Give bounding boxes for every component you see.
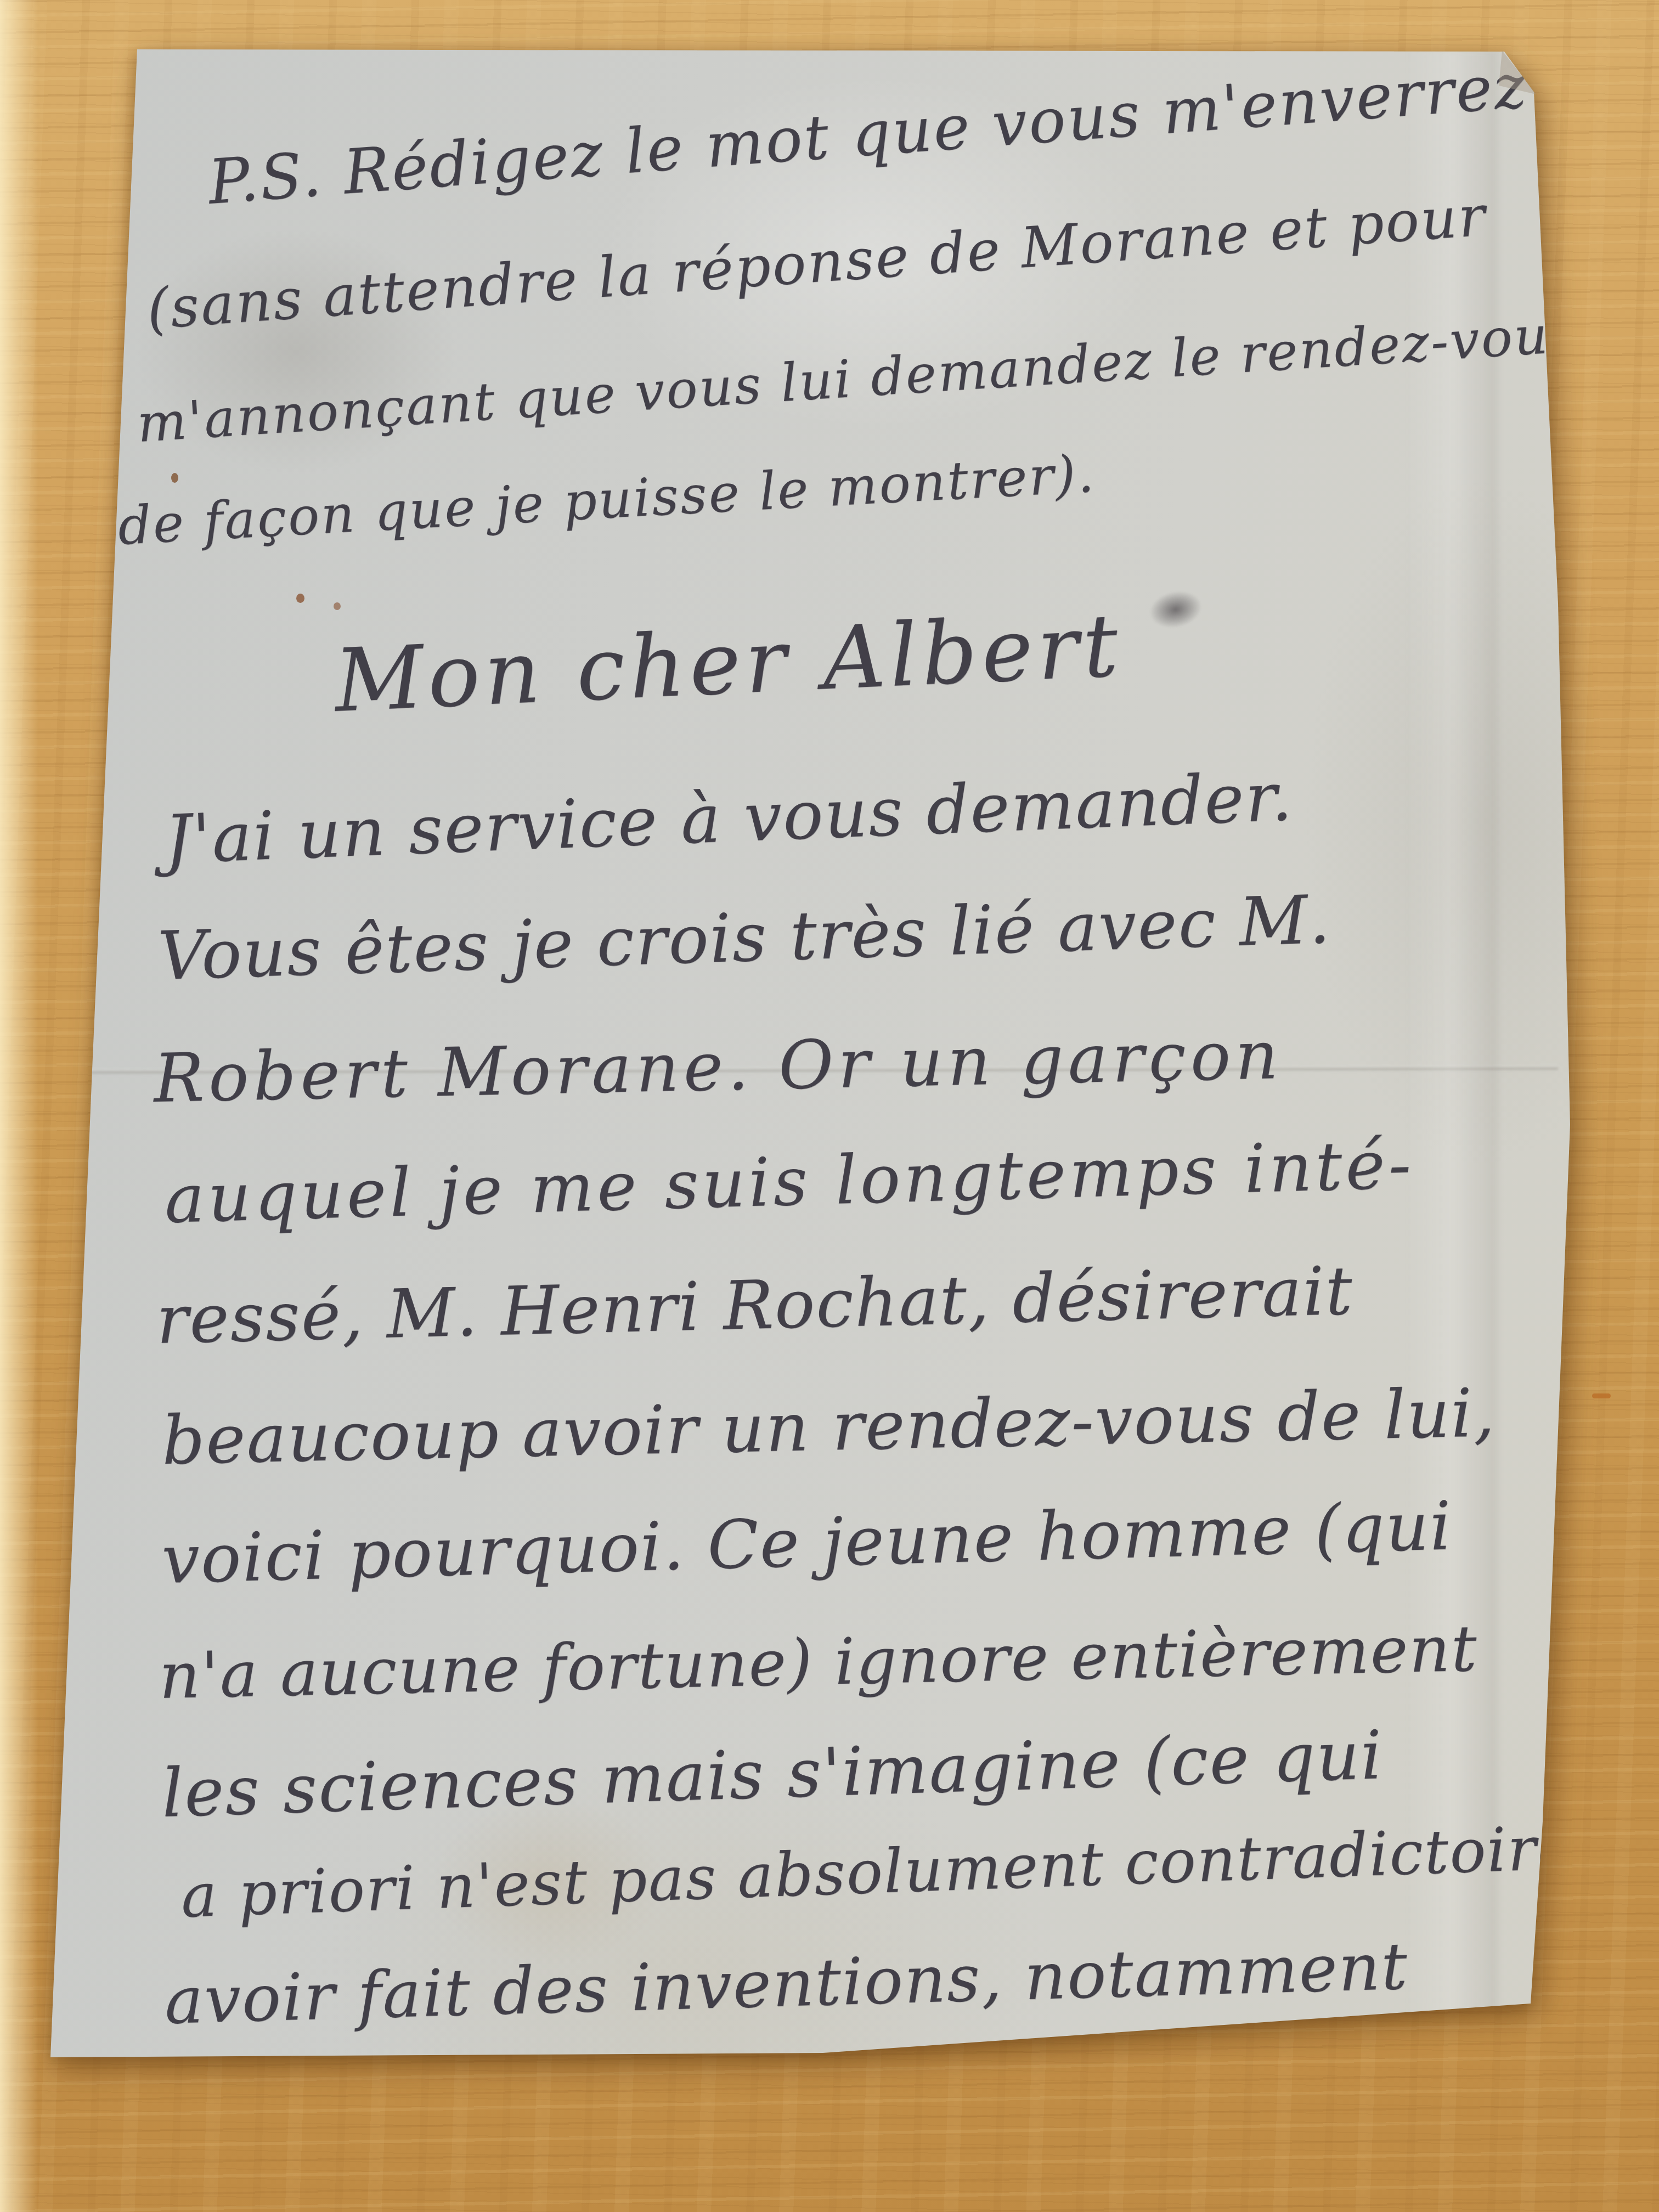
body-line-8: n'a aucune fortune) ignore entièrement [159,1612,1479,1713]
body-line-1: J'ai un service à vous demander. [163,758,1294,879]
ps-line-4: de façon que je puisse le montrer). [116,444,1097,557]
body-line-9: les sciences mais s'imagine (ce qui [161,1716,1384,1832]
letter-paper-wrap: P.S. Rédigez le mot que vous m'enverrez … [0,0,1659,2212]
body-line-6: beaucoup avoir un rendez-vous de lui, [161,1374,1497,1480]
body-line-11: avoir fait des inventions, notamment [163,1928,1409,2039]
ps-line-1: P.S. Rédigez le mot que vous m'enverrez [206,50,1530,218]
salutation-line: Mon cher Albert [332,595,1125,732]
body-line-7: voici pourquoi. Ce jeune homme (qui [161,1487,1453,1599]
paper-speck [296,594,304,603]
body-line-10: a priori n'est pas absolument contradict… [180,1812,1600,1931]
body-line-5: ressé, M. Henri Rochat, désirerait [155,1252,1354,1359]
body-line-3: Robert Morane. Or un garçon [153,1016,1284,1118]
photo-scene: P.S. Rédigez le mot que vous m'enverrez … [0,0,1659,2212]
wood-speck [1592,1393,1611,1398]
ink-smudge [1146,586,1205,633]
paper-speck [171,473,178,483]
body-line-4: auquel je me suis longtemps inté- [163,1125,1415,1238]
letter-paper: P.S. Rédigez le mot que vous m'enverrez … [0,0,1659,2212]
paper-speck [334,602,341,610]
body-line-2: Vous êtes je crois très lié avec M. [157,881,1332,995]
